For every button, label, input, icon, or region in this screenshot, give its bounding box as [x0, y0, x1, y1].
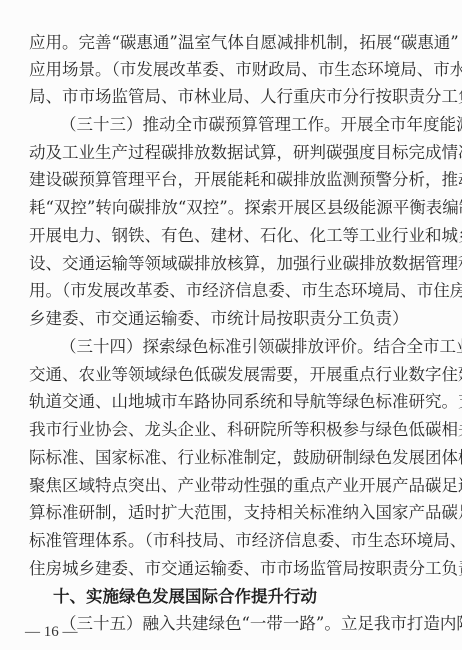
- text-line: 设、交通运输等领域碳排放核算，加强行业碳排放数据管理和应: [29, 252, 431, 276]
- section-34-first-line: （三十四）探索绿色标准引领碳排放评价。结合全市工业、: [60, 335, 431, 359]
- text-line: 标准管理体系。（市科技局、市经济信息委、市生态环境局、市: [29, 529, 431, 553]
- text-line: 应用场景。（市发展改革委、市财政局、市生态环境局、市水利: [29, 58, 431, 82]
- text-line: 交通、农业等领域绿色低碳发展需要，开展重点行业数字住建、: [29, 363, 431, 387]
- text-line: 乡建委、市交通运输委、市统计局按职责分工负责）: [29, 307, 431, 331]
- text-line: 算标准研制，适时扩大范围，支持相关标准纳入国家产品碳足迹: [29, 501, 431, 525]
- page-number: — 16 —: [25, 620, 78, 644]
- text-line: 应用。完善“碳惠通”温室气体自愿减排机制，拓展“碳惠通”: [29, 31, 431, 55]
- section-33-first-line: （三十三）推动全市碳预算管理工作。开展全市年度能源活: [60, 113, 431, 137]
- text-line: 住房城乡建委、市交通运输委、市市场监管局按职责分工负责）: [29, 557, 431, 581]
- text-line: 用。（市发展改革委、市经济信息委、市生态环境局、市住房城: [29, 279, 431, 303]
- text-line: 我市行业协会、龙头企业、科研院所等积极参与绿色低碳相关国: [29, 418, 431, 442]
- text-line: 际标准、国家标准、行业标准制定，鼓励研制绿色发展团体标准。: [29, 446, 431, 470]
- section-35-first-line: （三十五）融入共建绿色“一带一路”。立足我市打造内陆开: [60, 612, 431, 636]
- text-line: 局、市市场监管局、市林业局、人行重庆市分行按职责分工负责）: [29, 85, 431, 109]
- text-line: 开展电力、钢铁、有色、建材、石化、化工等工业行业和城乡建: [29, 224, 431, 248]
- text-line: 耗“双控”转向碳排放“双控”。探索开展区县级能源平衡表编制。: [29, 196, 431, 220]
- document-page: 应用。完善“碳惠通”温室气体自愿减排机制，拓展“碳惠通” 应用场景。（市发展改革…: [0, 0, 462, 650]
- section-heading-10: 十、实施绿色发展国际合作提升行动: [53, 585, 353, 609]
- text-line: 轨道交通、山地城市车路协同系统和导航等绿色标准研究。支持: [29, 390, 431, 414]
- text-line: 聚焦区域特点突出、产业带动性强的重点产业开展产品碳足迹核: [29, 474, 431, 498]
- text-line: 建设碳预算管理平台，开展能耗和碳排放监测预警分析，推动能: [29, 168, 431, 192]
- text-line: 动及工业生产过程碳排放数据试算，研判碳强度目标完成情况。: [29, 141, 431, 165]
